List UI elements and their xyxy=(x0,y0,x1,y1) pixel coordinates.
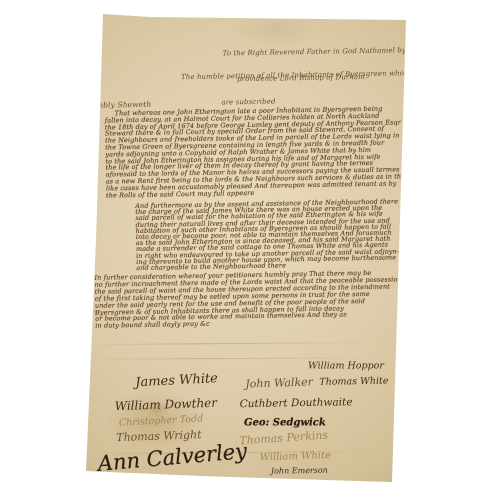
ink-speck xyxy=(94,310,97,313)
signature-cuthbert-douthwaite: Cuthbert Douthwaite xyxy=(240,396,353,410)
body-paragraph-2: And furthermore as by the assent and ass… xyxy=(135,198,408,271)
signature-james-white: James White xyxy=(135,371,218,390)
signature-block: James White John Walker William Hoppor T… xyxy=(0,0,496,4)
ink-speck xyxy=(88,252,91,256)
manuscript-content: To the Right Reverend Father in God Nath… xyxy=(0,0,500,500)
signature-thomas-perkins: Thomas Perkins xyxy=(239,428,328,447)
signature-geo-sedgwick: Geo: Sedgwick xyxy=(244,417,326,428)
manuscript-page: To the Right Reverend Father in God Nath… xyxy=(0,0,500,500)
signature-john-emerson: John Emerson xyxy=(271,466,328,476)
paper-stain xyxy=(150,404,164,413)
petition-title-line-1: The humble petition of all the Inhabitan… xyxy=(181,69,438,82)
signature-christopher-todd: Christopher Todd xyxy=(119,413,204,428)
signature-thomas-white: Thomas White xyxy=(319,376,388,388)
photograph-background: To the Right Reverend Father in God Nath… xyxy=(0,0,500,500)
signature-john-walker: John Walker xyxy=(245,375,313,390)
signature-william-dowther: William Dowther xyxy=(114,396,217,414)
body-paragraph-3: In further consideration whereof your pe… xyxy=(94,269,411,330)
signature-thomas-wright: Thomas Wright xyxy=(116,428,202,444)
signature-william-hoppor: William Hoppor xyxy=(308,360,384,371)
body-paragraph-1: That whereas one John Etherington late a… xyxy=(105,105,406,199)
signature-ann-calverley: Ann Calverley xyxy=(97,439,248,476)
